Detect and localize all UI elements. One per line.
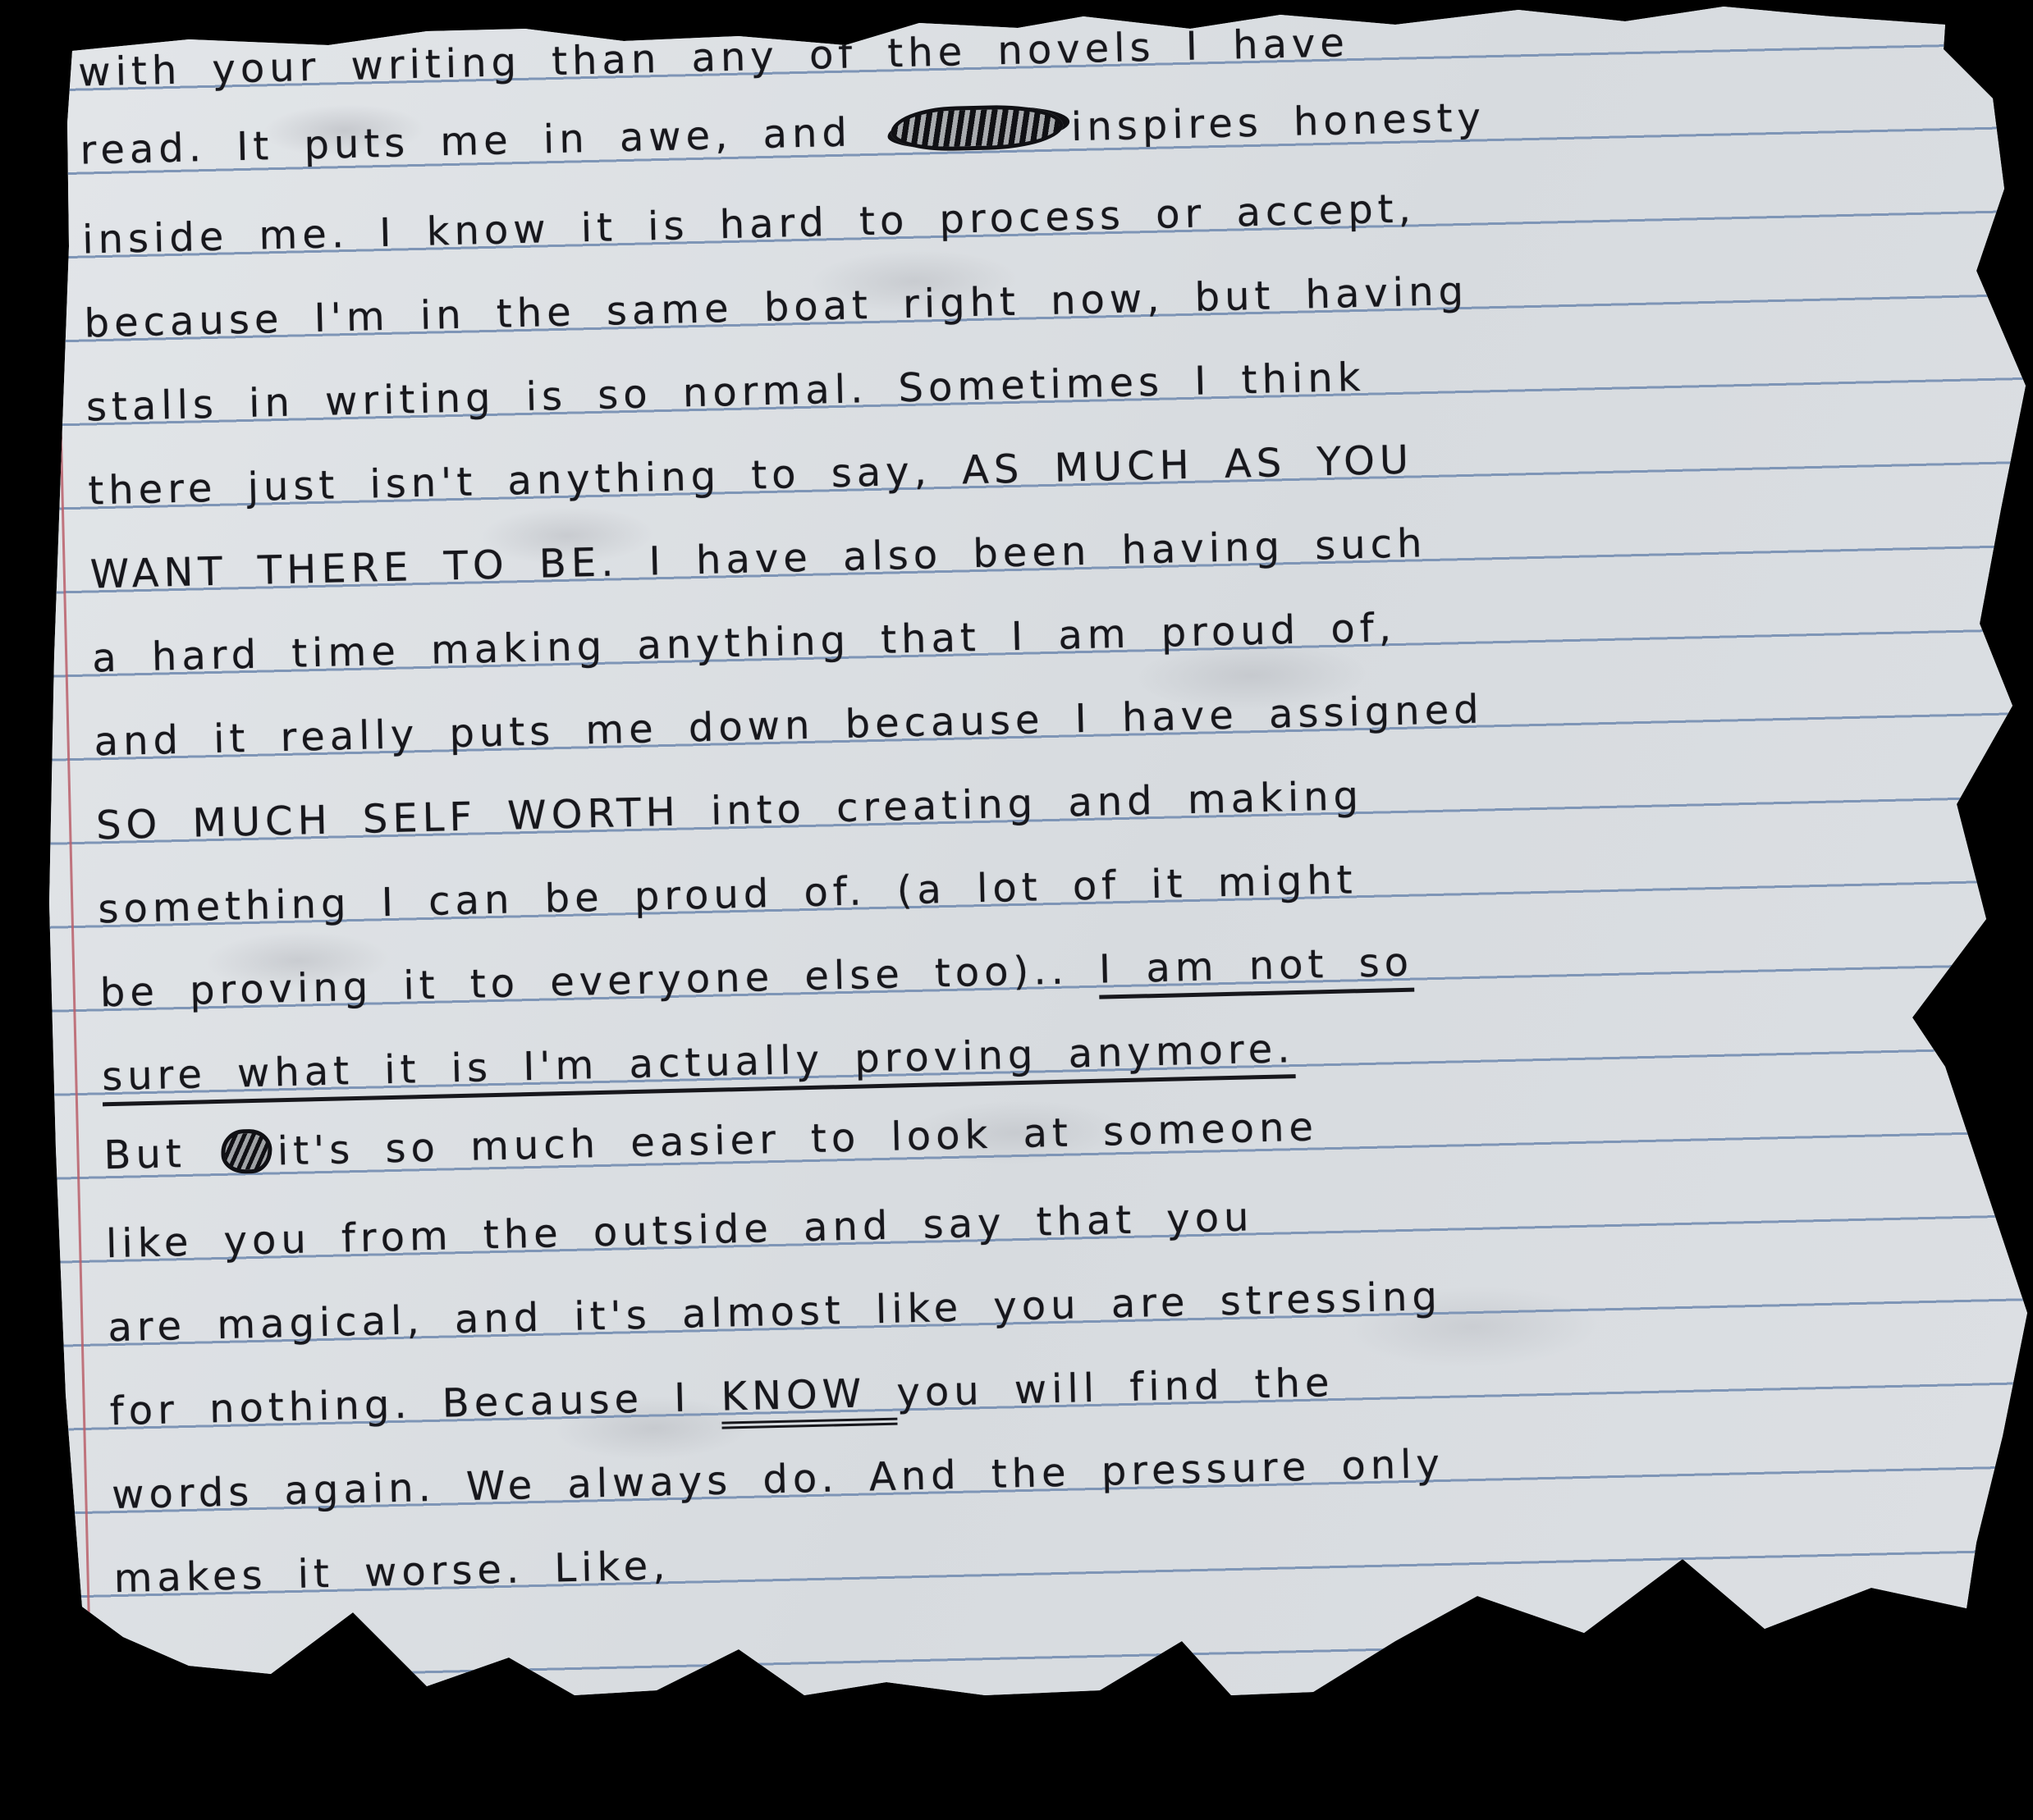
- handwritten-text: makes it worse. Like,: [113, 1543, 671, 1602]
- handwritten-text: But: [103, 1130, 217, 1178]
- scribbled-out-word: [890, 103, 1063, 152]
- handwritten-text: inspires honesty: [1070, 94, 1486, 150]
- handwritten-text-block: with your writing than any of the novels…: [0, 0, 2033, 1695]
- torn-paper: with your writing than any of the novels…: [0, 0, 2033, 1695]
- handwritten-text: read. It puts me in awe, and: [80, 109, 883, 174]
- ruled-sheet: with your writing than any of the novels…: [0, 0, 2033, 1695]
- handwritten-text: you will find the: [896, 1360, 1335, 1416]
- page-background: { "document": { "type": "handwritten-let…: [0, 0, 2033, 1695]
- text-line-content: makes it worse. Like,: [113, 1543, 671, 1602]
- ink-scribble: [221, 1128, 272, 1173]
